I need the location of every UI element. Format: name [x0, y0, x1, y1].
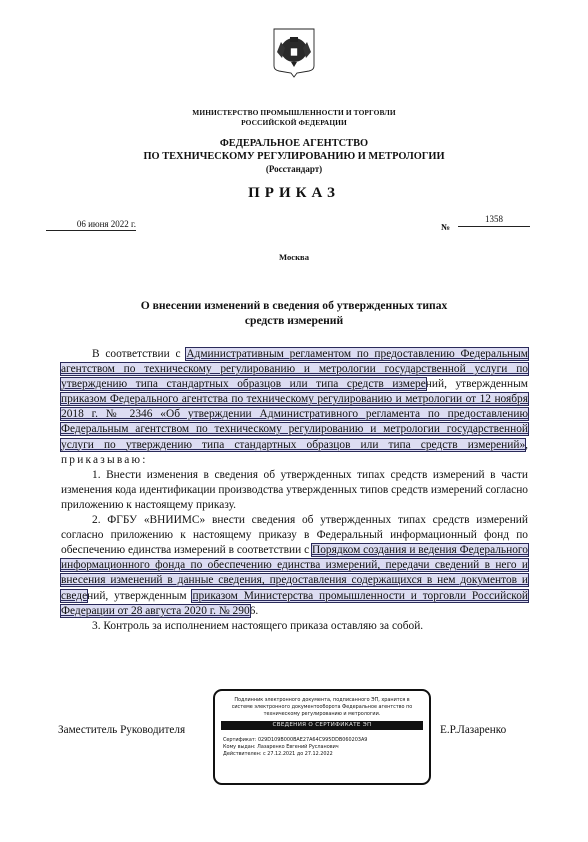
document-number: 1358	[458, 214, 530, 227]
agency-name: ФЕДЕРАЛЬНОЕ АГЕНТСТВО ПО ТЕХНИЧЕСКОМУ РЕ…	[0, 138, 588, 176]
city: Москва	[0, 252, 588, 262]
stamp-certificate-bar: СВЕДЕНИЯ О СЕРТИФИКАТЕ ЭП	[221, 721, 423, 730]
paragraph-item-3: 3. Контроль за исполнением настоящего пр…	[61, 619, 528, 634]
document-body: В соответствии с Административным реглам…	[61, 347, 528, 634]
signatory-position: Заместитель Руководителя	[58, 724, 185, 736]
certificate-validity: с 27.12.2021 до 27.12.2022	[263, 751, 333, 757]
certificate-owner: Лазаренко Евгений Русланович	[257, 744, 339, 750]
stamp-header: Подлинник электронного документа, подпис…	[215, 697, 429, 718]
electronic-signature-stamp: Подлинник электронного документа, подпис…	[213, 689, 431, 785]
ministry-name: МИНИСТЕРСТВО ПРОМЫШЛЕННОСТИ И ТОРГОВЛИ Р…	[0, 108, 588, 127]
certificate-id: 029D109B000BAE27A64C995DDB060203A9	[258, 737, 367, 743]
paragraph-item-1: 1. Внести изменения в сведения об утверж…	[61, 468, 528, 513]
stamp-info: Сертификат: 029D109B000BAE27A64C995DDB06…	[223, 737, 429, 758]
russian-coat-of-arms-icon	[273, 28, 315, 78]
link-rosstandart-order-2346[interactable]: приказом Федерального агентства по техни…	[61, 393, 528, 450]
paragraph-preamble: В соответствии с Административным реглам…	[61, 347, 528, 468]
paragraph-item-2: 2. ФГБУ «ВНИИМС» внести сведения об утве…	[61, 513, 528, 619]
number-sign: №	[441, 222, 450, 232]
document-title: О внесении изменений в сведения об утвер…	[0, 298, 588, 328]
document-type: ПРИКАЗ	[0, 185, 588, 202]
signatory-name: Е.Р.Лазаренко	[440, 724, 506, 736]
document-date: 06 июня 2022 г.	[46, 219, 136, 231]
prikazyvayu: приказываю:	[61, 454, 148, 466]
